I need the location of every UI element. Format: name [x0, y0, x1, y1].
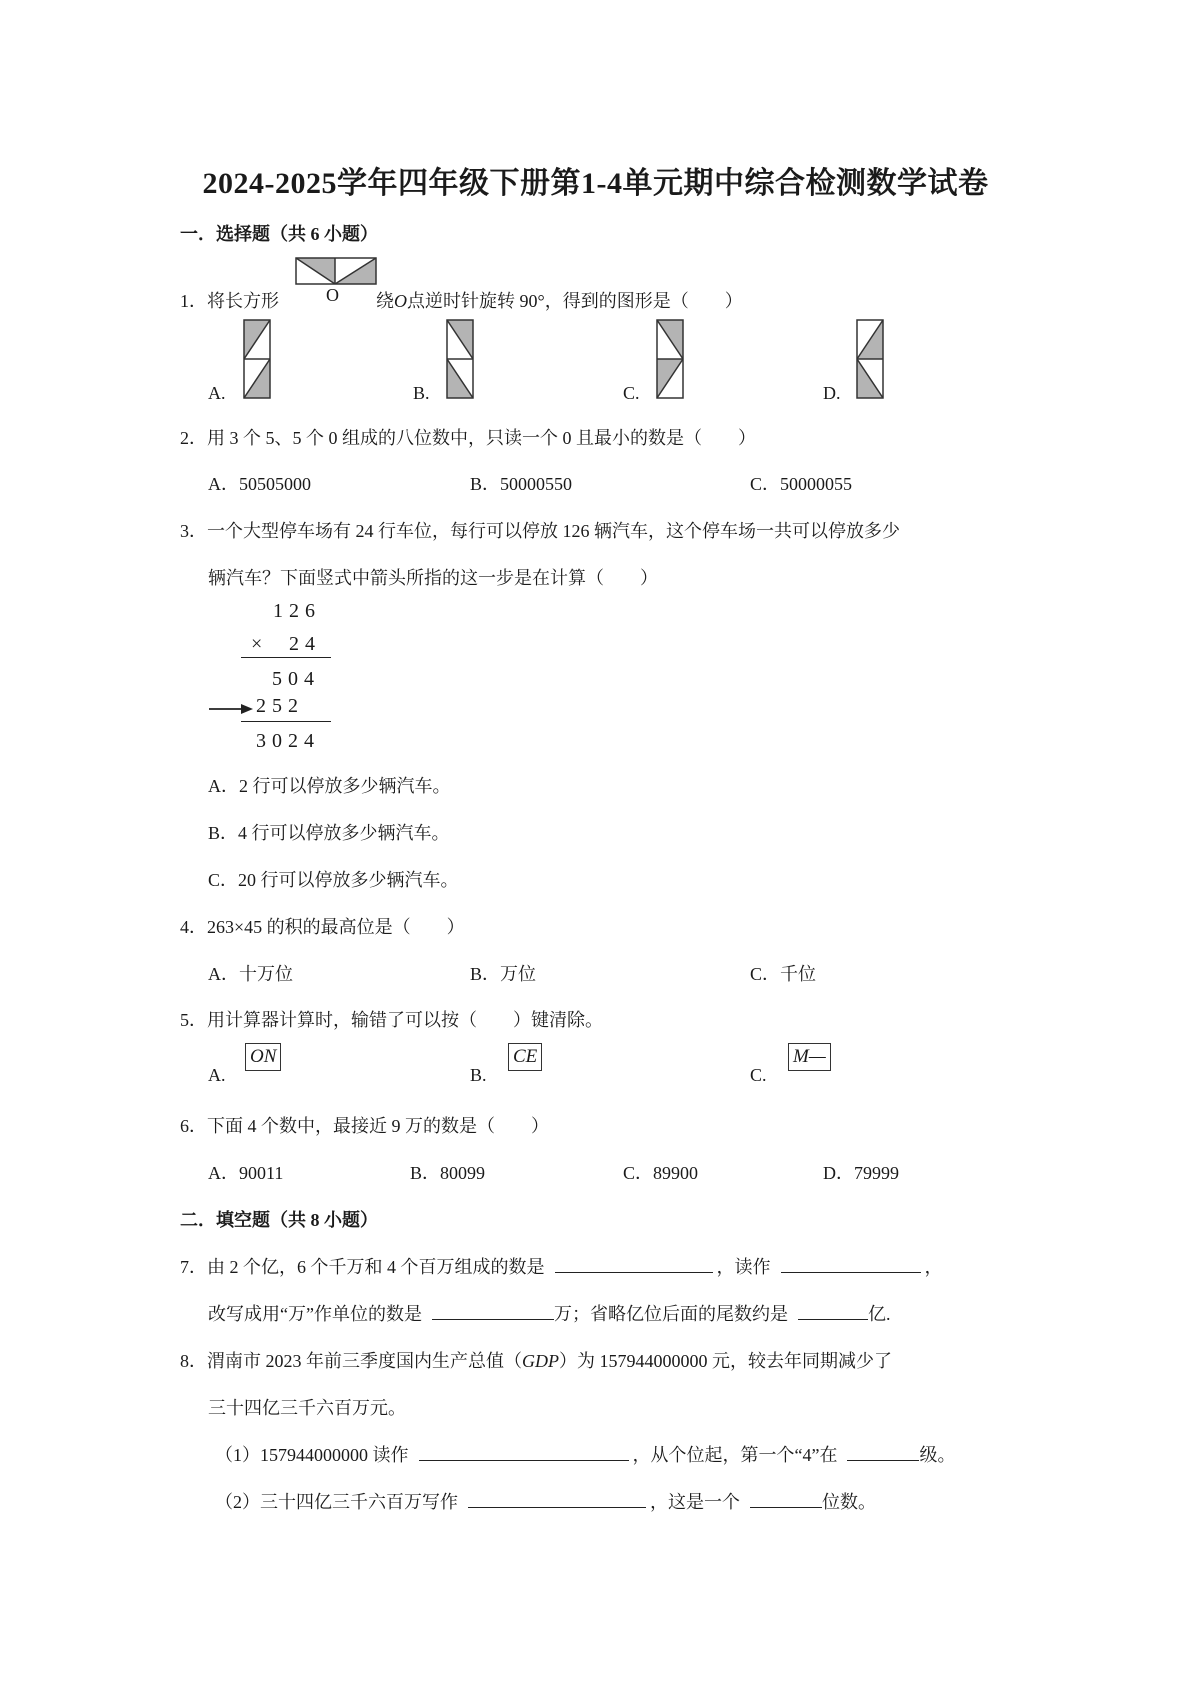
q4-option-a: A．十万位: [208, 960, 293, 986]
times-sign: ×: [251, 633, 268, 656]
option-label: C.: [750, 1065, 767, 1085]
multiplier: 24: [289, 633, 321, 656]
q2-option-b: B．50000550: [470, 470, 572, 496]
answer-blank[interactable]: [419, 1442, 629, 1461]
partial-product-2: 252: [256, 695, 304, 718]
question-3-line1: 3．一个大型停车场有 24 行车位，每行可以停放 126 辆汽车，这个停车场一共…: [180, 517, 900, 543]
product: 3024: [256, 730, 320, 753]
divider-line: [241, 657, 331, 658]
question-text: 绕: [376, 291, 394, 311]
section-heading-fill: 二．填空题（共 8 小题）: [180, 1206, 378, 1232]
key-label: ON: [245, 1043, 281, 1071]
answer-blank[interactable]: [798, 1301, 868, 1320]
q6-option-d: D．79999: [823, 1159, 899, 1185]
option-d-figure[interactable]: [856, 319, 884, 399]
answer-blank[interactable]: [432, 1301, 554, 1320]
option-label-b: B.: [413, 383, 430, 404]
divider-line: [241, 721, 331, 722]
key-on[interactable]: ON: [245, 1043, 281, 1071]
question-8-line1: 8．渭南市 2023 年前三季度国内生产总值（GDP）为 15794400000…: [180, 1347, 892, 1373]
question-text: ，从个位起，第一个“4”在: [633, 1445, 838, 1465]
answer-blank[interactable]: [555, 1254, 713, 1273]
option-label: A.: [208, 1065, 226, 1085]
question-text: ）为 157944000000 元，较去年同期减少了: [559, 1351, 892, 1371]
q6-option-b: B．80099: [410, 1159, 485, 1185]
section-heading-choice: 一．选择题（共 6 小题）: [180, 220, 378, 246]
q3-option-a: A．2 行可以停放多少辆汽车。: [208, 772, 451, 798]
option-b-figure[interactable]: [446, 319, 474, 399]
question-text: 位数。: [822, 1492, 876, 1512]
answer-blank[interactable]: [750, 1489, 822, 1508]
option-c-figure[interactable]: [656, 319, 684, 399]
q4-option-c: C．千位: [750, 960, 816, 986]
option-label-c: C.: [623, 383, 640, 404]
answer-blank[interactable]: [468, 1489, 646, 1508]
question-2: 2．用 3 个 5、5 个 0 组成的八位数中，只读一个 0 且最小的数是（ ）: [180, 424, 756, 450]
answer-blank[interactable]: [847, 1442, 919, 1461]
arrow-icon: [209, 702, 253, 716]
key-m-minus[interactable]: M—: [788, 1043, 831, 1071]
q2-option-c: C．50000055: [750, 470, 852, 496]
question-text: ，这是一个: [650, 1492, 740, 1512]
question-3-line2: 辆汽车？下面竖式中箭头所指的这一步是在计算（ ）: [208, 564, 658, 590]
q6-option-a: A．90011: [208, 1159, 283, 1185]
question-number: 1．: [180, 291, 207, 311]
option-label-a: A.: [208, 383, 226, 404]
q5-option-b: B.: [470, 1065, 487, 1086]
question-text: 将长方形: [207, 291, 279, 311]
q6-option-c: C．89900: [623, 1159, 698, 1185]
question-8-sub1: （1）157944000000 读作，从个位起，第一个“4”在级。: [215, 1441, 955, 1467]
question-7-line1: 7．由 2 个亿，6 个千万和 4 个百万组成的数是，读作，: [180, 1253, 943, 1279]
option-a-figure[interactable]: [243, 319, 271, 399]
question-6: 6．下面 4 个数中，最接近 9 万的数是（ ）: [180, 1112, 549, 1138]
q3-option-c: C．20 行可以停放多少辆汽车。: [208, 866, 459, 892]
key-label: M—: [788, 1043, 831, 1071]
option-label-d: D.: [823, 383, 841, 404]
question-text: 级。: [919, 1445, 955, 1465]
question-text: 点逆时针旋转 90°，得到的图形是（ ）: [407, 291, 743, 311]
rectangle-figure: [295, 257, 377, 285]
question-1: 1．将长方形: [180, 287, 279, 313]
q4-option-b: B．万位: [470, 960, 536, 986]
partial-product-1: 504: [272, 668, 320, 691]
option-label: B.: [470, 1065, 487, 1085]
question-text: ，: [925, 1257, 943, 1277]
q5-option-a: A.: [208, 1065, 226, 1086]
answer-blank[interactable]: [781, 1254, 921, 1273]
question-text: 改写成用“万”作单位的数是: [208, 1304, 422, 1324]
point-o-label: O: [326, 285, 339, 306]
question-text: 亿.: [868, 1304, 891, 1324]
question-1-rest: 绕O点逆时针旋转 90°，得到的图形是（ ）: [376, 287, 743, 313]
question-text: （1）157944000000 读作: [215, 1445, 409, 1465]
gdp-italic: GDP: [522, 1351, 559, 1371]
question-text: 8．渭南市 2023 年前三季度国内生产总值（: [180, 1351, 522, 1371]
q5-option-c: C.: [750, 1065, 767, 1086]
question-text: 万；省略亿位后面的尾数约是: [554, 1304, 788, 1324]
question-8-sub2: （2）三十四亿三千六百万写作，这是一个位数。: [215, 1488, 876, 1514]
page-title: 2024-2025学年四年级下册第1-4单元期中综合检测数学试卷: [0, 158, 1191, 202]
question-7-line2: 改写成用“万”作单位的数是万；省略亿位后面的尾数约是亿.: [208, 1300, 890, 1326]
key-label: CE: [508, 1043, 542, 1071]
question-4: 4．263×45 的积的最高位是（ ）: [180, 913, 465, 939]
question-text: 7．由 2 个亿，6 个千万和 4 个百万组成的数是: [180, 1257, 545, 1277]
question-5: 5．用计算器计算时，输错了可以按（ ）键清除。: [180, 1006, 603, 1032]
q3-option-b: B．4 行可以停放多少辆汽车。: [208, 819, 450, 845]
question-8-line2: 三十四亿三千六百万元。: [208, 1394, 406, 1420]
question-text: （2）三十四亿三千六百万写作: [215, 1492, 458, 1512]
multiplicand: 126: [273, 600, 321, 623]
q2-option-a: A．50505000: [208, 470, 311, 496]
key-ce[interactable]: CE: [508, 1043, 542, 1071]
question-text: ，读作: [717, 1257, 771, 1277]
point-o-italic: O: [394, 291, 407, 311]
